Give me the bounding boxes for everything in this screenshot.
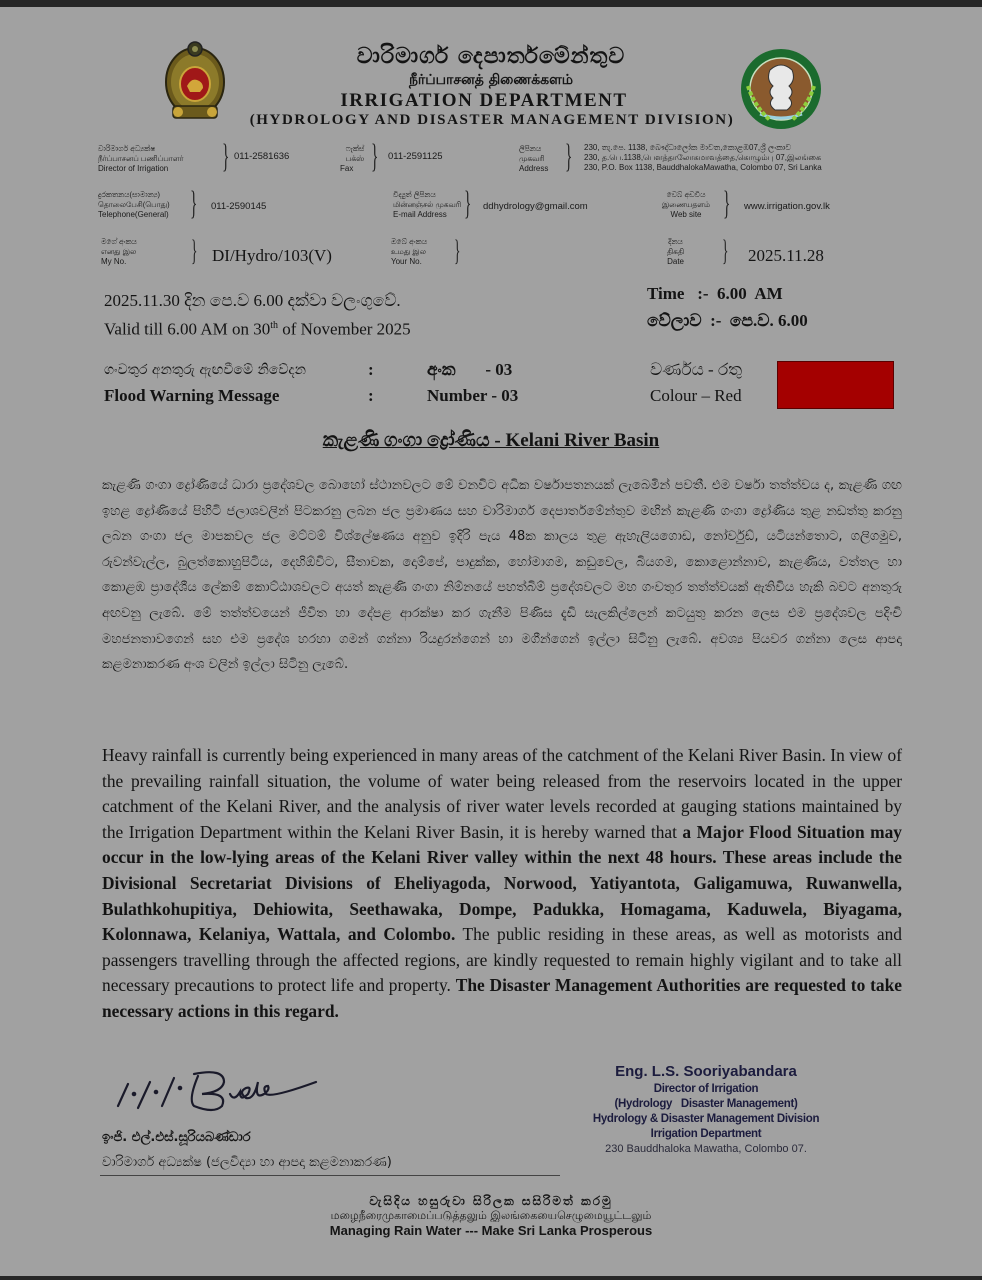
brace: } bbox=[722, 236, 728, 266]
stamp-department: Irrigation Department bbox=[570, 1127, 842, 1142]
stamp-name: Eng. L.S. Sooriyabandara bbox=[570, 1062, 842, 1082]
email-label-ta: மின்னஞ்சல் முகவரி bbox=[393, 200, 461, 210]
signatory-name-sinhala: ඉංජි. එල්.එස්.සූරියබණ්ඩාර bbox=[102, 1130, 251, 1145]
website-link[interactable]: www.irrigation.gov.lk bbox=[744, 201, 830, 212]
telephone-label-ta: தொலைபேசி(பொது) bbox=[98, 200, 170, 210]
document-date: 2025.11.28 bbox=[748, 246, 824, 266]
validity-english-prefix: Valid till 6.00 AM on 30 bbox=[104, 320, 270, 339]
telephone-label-en: Telephone(General) bbox=[98, 210, 170, 220]
bottom-border bbox=[0, 1276, 982, 1280]
date-label-ta: திகதி bbox=[667, 247, 684, 257]
official-stamp: Eng. L.S. Sooriyabandara Director of Irr… bbox=[570, 1062, 842, 1157]
warning-colour-swatch bbox=[777, 361, 894, 409]
your-no-label: ඔබේ අංකය உமது இல Your No. bbox=[391, 237, 427, 267]
colour-label-sinhala: වර්ණය - රතු bbox=[650, 357, 742, 383]
brace: } bbox=[191, 236, 197, 266]
divider bbox=[100, 1175, 560, 1176]
website-label-si: වෙබ් අඩවිය bbox=[662, 190, 710, 200]
time-sinhala: වේලාව :- පෙ.ව. 6.00 bbox=[647, 307, 808, 334]
footer-sinhala: වැසිදිය හසුරුවා සිරිලක සසිරිමත් කරමු bbox=[0, 1193, 982, 1209]
email-label-si: විද්‍යුත් ලිපිනය bbox=[393, 190, 461, 200]
website-label-en: Web site bbox=[662, 210, 710, 220]
validity-english: Valid till 6.00 AM on 30th of November 2… bbox=[104, 313, 411, 343]
warning-number-sinhala: අංක - 03 bbox=[427, 357, 512, 383]
director-label: වාරිමාර්ග අධ්‍යක්ෂ நீர்ப்பாசனப் பணிப்பாள… bbox=[98, 144, 183, 174]
telephone-label-si: දුරකතනය(සාමාන්‍ය) bbox=[98, 190, 170, 200]
basin-title: කැළණි ගංගා ද්‍රෝණිය - Kelani River Basin bbox=[0, 430, 982, 452]
address-label-ta: முகவரி bbox=[519, 154, 548, 164]
division-title: (HYDROLOGY AND DISASTER MANAGEMENT DIVIS… bbox=[232, 112, 752, 129]
my-no-label-en: My No. bbox=[101, 257, 137, 267]
warning-label-english: Flood Warning Message bbox=[104, 383, 279, 409]
email-link[interactable]: ddhydrology@gmail.com bbox=[483, 201, 588, 212]
validity-english-suffix: of November 2025 bbox=[278, 320, 411, 339]
my-reference-number: DI/Hydro/103(V) bbox=[212, 246, 332, 266]
time-english: Time :- 6.00 AM bbox=[647, 280, 783, 307]
warning-number-english: Number - 03 bbox=[427, 383, 518, 409]
director-label-en: Director of Irrigation bbox=[98, 164, 183, 174]
your-no-label-en: Your No. bbox=[391, 257, 427, 267]
fax-number: 011-2591125 bbox=[388, 151, 443, 162]
body-sinhala: කැළණි ගංගා ද්‍රෝණියේ ධාරා ප්‍රදේශවල බොහෝ… bbox=[102, 473, 902, 678]
email-label: විද්‍යුත් ලිපිනය மின்னஞ்சல் முகவரி E-mai… bbox=[393, 190, 461, 220]
brace: } bbox=[190, 187, 197, 221]
email-label-en: E-mail Address bbox=[393, 210, 461, 220]
footer-tamil: மழைநீரைமுகாமைப்படுத்தலும் இலங்கையைசெழுமை… bbox=[0, 1209, 982, 1223]
website-label-ta: இணையதளம் bbox=[662, 200, 710, 210]
stamp-subtitle: (Hydrology Disaster Management) bbox=[570, 1097, 842, 1112]
colon: : bbox=[368, 357, 374, 383]
brace: } bbox=[371, 140, 378, 174]
footer-english: Managing Rain Water --- Make Sri Lanka P… bbox=[0, 1223, 982, 1239]
telephone-number: 011-2590145 bbox=[211, 201, 266, 212]
validity-sinhala: 2025.11.30 දින පෙ.ව 6.00 දක්වා වලංගුවේ. bbox=[104, 288, 401, 314]
my-no-label-si: මගේ අංකය bbox=[101, 237, 137, 247]
director-phone: 011-2581636 bbox=[234, 151, 289, 162]
telephone-label: දුරකතනය(සාමාන්‍ය) தொலைபேசி(பொது) Telepho… bbox=[98, 190, 170, 220]
fax-label: ෆැක්ස් பக்ஸ் Fax bbox=[340, 144, 370, 174]
brace: } bbox=[222, 140, 229, 174]
address-label: ලිපිනය முகவரி Address bbox=[519, 144, 548, 174]
director-label-ta: நீர்ப்பாசனப் பணிப்பாளர் bbox=[98, 154, 183, 164]
body-english: Heavy rainfall is currently being experi… bbox=[102, 743, 902, 1025]
brace: } bbox=[565, 140, 572, 174]
website-label: වෙබ් අඩවිය இணையதளம் Web site bbox=[662, 190, 710, 220]
top-border bbox=[0, 0, 982, 7]
date-label-en: Date bbox=[667, 257, 684, 267]
fax-label-ta: பக்ஸ் bbox=[340, 154, 370, 164]
address-lines: 230, තැ.පෙ. 1138, බෞද්ධාලෝක මාවත,කොළඹ07,… bbox=[584, 143, 822, 173]
brace: } bbox=[464, 187, 471, 221]
signature-icon bbox=[112, 1064, 372, 1114]
address-label-si: ලිපිනය bbox=[519, 144, 548, 154]
warning-label-sinhala: ගංවතුර අනතුරු ඇඟවීමේ නිවේදන bbox=[104, 357, 306, 383]
address-label-en: Address bbox=[519, 164, 548, 174]
brace: } bbox=[723, 187, 730, 221]
director-label-si: වාරිමාර්ග අධ්‍යක්ෂ bbox=[98, 144, 183, 154]
brace: } bbox=[454, 236, 460, 266]
my-no-label: මගේ අංකය எனது இல My No. bbox=[101, 237, 137, 267]
date-label-si: දිනය bbox=[667, 237, 684, 247]
my-no-label-ta: எனது இல bbox=[101, 247, 137, 257]
validity-english-sup: th bbox=[270, 320, 278, 331]
title-english: IRRIGATION DEPARTMENT bbox=[0, 90, 968, 112]
address-line-en: 230, P.O. Box 1138, BauddhalokaMawatha, … bbox=[584, 163, 822, 173]
stamp-title: Director of Irrigation bbox=[570, 1082, 842, 1097]
your-no-label-ta: உமது இல bbox=[391, 247, 427, 257]
your-no-label-si: ඔබේ අංකය bbox=[391, 237, 427, 247]
colon: : bbox=[368, 383, 374, 409]
title-sinhala: වාරිමාර්ග දෙපාර්තමේන්තුව bbox=[0, 44, 982, 69]
stamp-address: 230 Bauddhaloka Mawatha, Colombo 07. bbox=[570, 1142, 842, 1157]
fax-label-en: Fax bbox=[340, 164, 370, 174]
signatory-title-sinhala: වාරිමාර්ග අධ්‍යක්ෂ (ජලවිද්‍යා හා ආපදා කළ… bbox=[102, 1155, 392, 1170]
address-line-ta: 230, த.பெ.1138,பௌத்தாலோகமாவத்தை,கொழும்பு… bbox=[584, 153, 822, 163]
footer-motto: වැසිදිය හසුරුවා සිරිලක සසිරිමත් කරමු மழை… bbox=[0, 1193, 982, 1239]
colour-label-english: Colour – Red bbox=[650, 383, 742, 409]
date-label: දිනය திகதி Date bbox=[667, 237, 684, 267]
address-line-si: 230, තැ.පෙ. 1138, බෞද්ධාලෝක මාවත,කොළඹ07,… bbox=[584, 143, 822, 153]
title-tamil: நீர்ப்பாசனத் திணைக்களம் bbox=[0, 72, 982, 90]
stamp-division: Hydrology & Disaster Management Division bbox=[570, 1112, 842, 1127]
fax-label-si: ෆැක්ස් bbox=[340, 144, 370, 154]
